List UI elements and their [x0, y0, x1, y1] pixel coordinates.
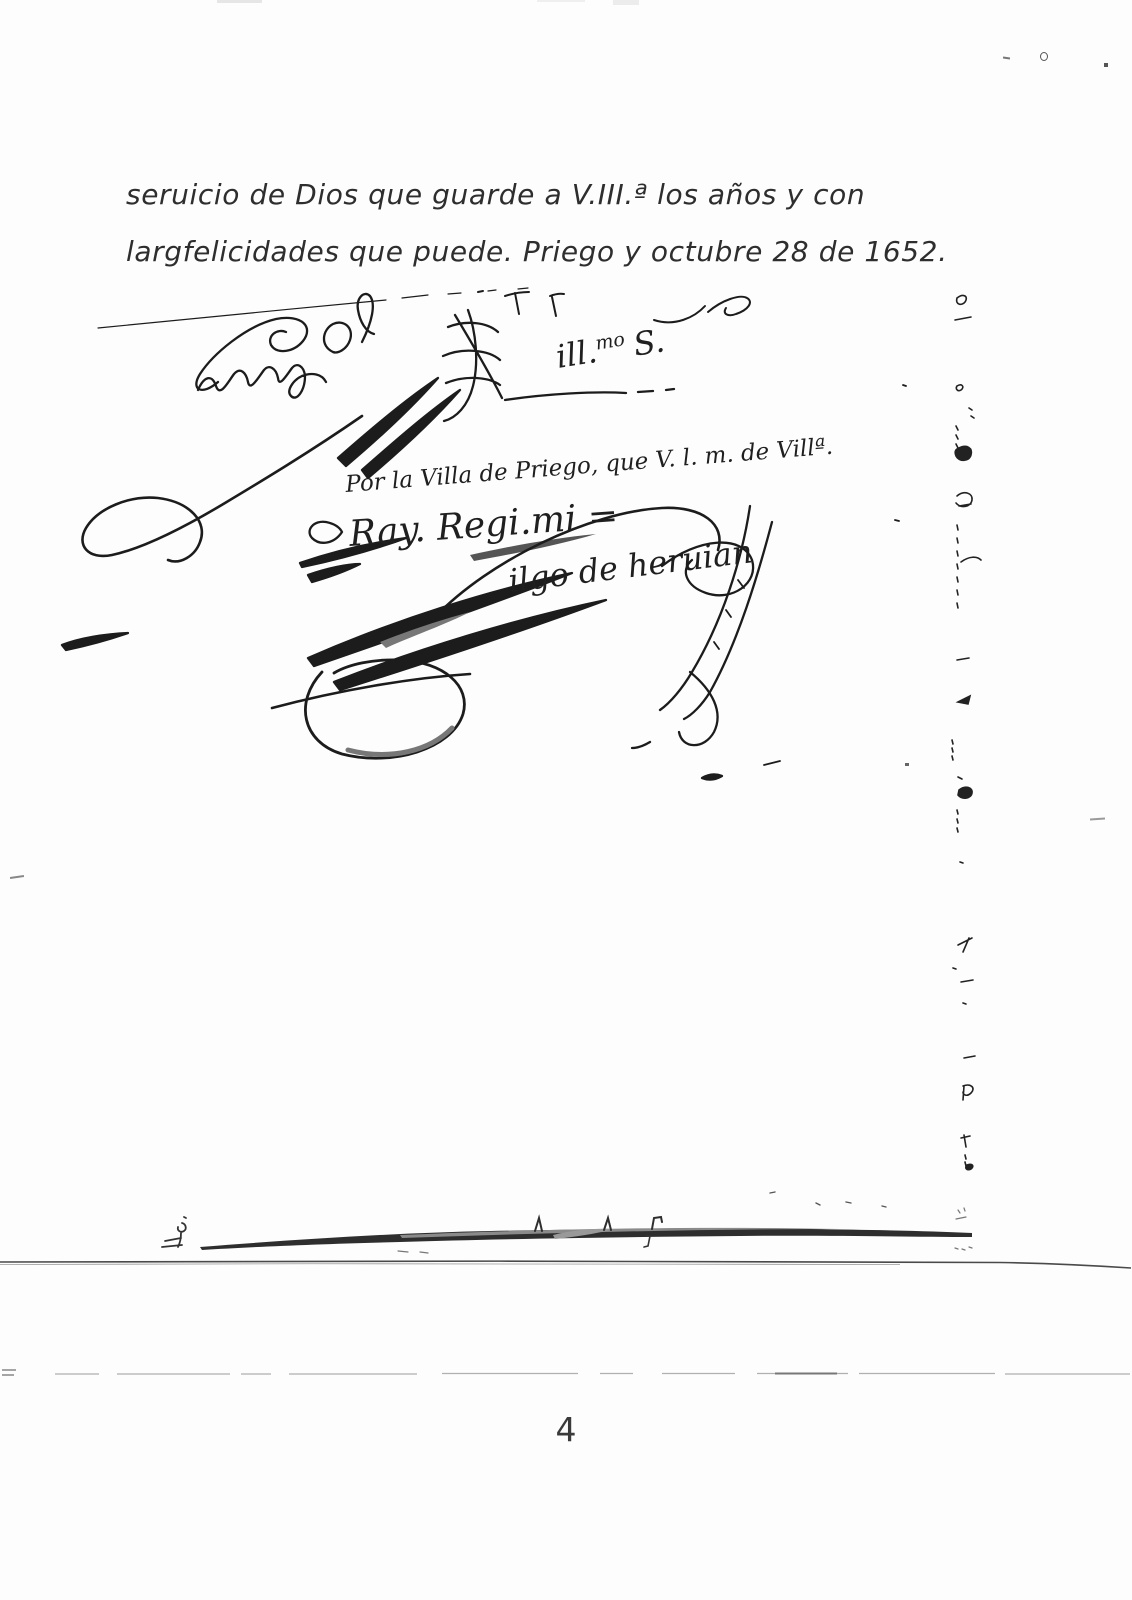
letter-transcription: seruicio de Dios que guarde a V.III.ª lo…: [126, 166, 986, 280]
transcription-line-1: seruicio de Dios que guarde a V.III.ª lo…: [126, 166, 986, 223]
faint-broken-rule: [0, 1366, 1132, 1380]
scan-artifacts-right-margin: [945, 290, 985, 1180]
scan-speck: [1090, 817, 1105, 820]
stroke-fragments: [478, 291, 750, 322]
scan-speck: [1040, 52, 1048, 61]
office-line-text: Ray. Regi.mi =: [347, 495, 620, 555]
horizontal-rule: [0, 1254, 1132, 1276]
manuscript-signature-scan: ill.moS. Por la Villa de Priego, que V. …: [50, 270, 970, 790]
page-number: 4: [0, 1410, 1132, 1449]
scan-edge-smudge: [217, 0, 262, 3]
scanned-document-page: seruicio de Dios que guarde a V.III.ª lo…: [0, 0, 1132, 1600]
salutation-text: ill.moS.: [553, 321, 667, 376]
scan-edge-smudge: [613, 0, 639, 5]
scan-speck: [1104, 63, 1108, 67]
dedication-text: Por la Villa de Priego, que V. l. m. de …: [343, 434, 833, 498]
scan-speck: [1003, 57, 1010, 60]
scan-edge-smudge: [537, 0, 585, 2]
scan-speck: [10, 875, 24, 879]
scan-fold-line: [98, 288, 528, 328]
